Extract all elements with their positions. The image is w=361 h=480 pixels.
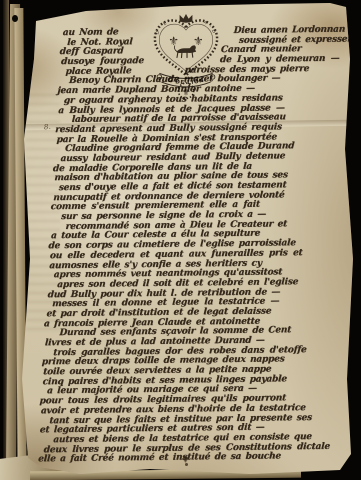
fleur-de-lis-icon: ⚜ bbox=[193, 34, 204, 48]
fiscal-stamp-generalite-de-lyon: · D · E · N · · A · D · E · N · ⚜ ⚜ ⚜ G·… bbox=[148, 14, 224, 100]
margin-mark: 8. bbox=[43, 123, 51, 132]
crown-icon bbox=[180, 15, 192, 23]
stamp-inner-line bbox=[159, 24, 213, 71]
fleur-de-lis-icon: ⚜ bbox=[182, 87, 191, 98]
banner-left-curl bbox=[157, 75, 162, 80]
ink-blot bbox=[183, 456, 188, 461]
manuscript-photo: 8. au Nom de Dieu amen Lordonnanle Not. … bbox=[0, 0, 361, 480]
stamp-beaded-border bbox=[155, 20, 217, 75]
fleur-de-lis-icon: ⚜ bbox=[168, 34, 179, 48]
banner-right-curl bbox=[210, 75, 215, 80]
worm-hole bbox=[12, 15, 18, 22]
